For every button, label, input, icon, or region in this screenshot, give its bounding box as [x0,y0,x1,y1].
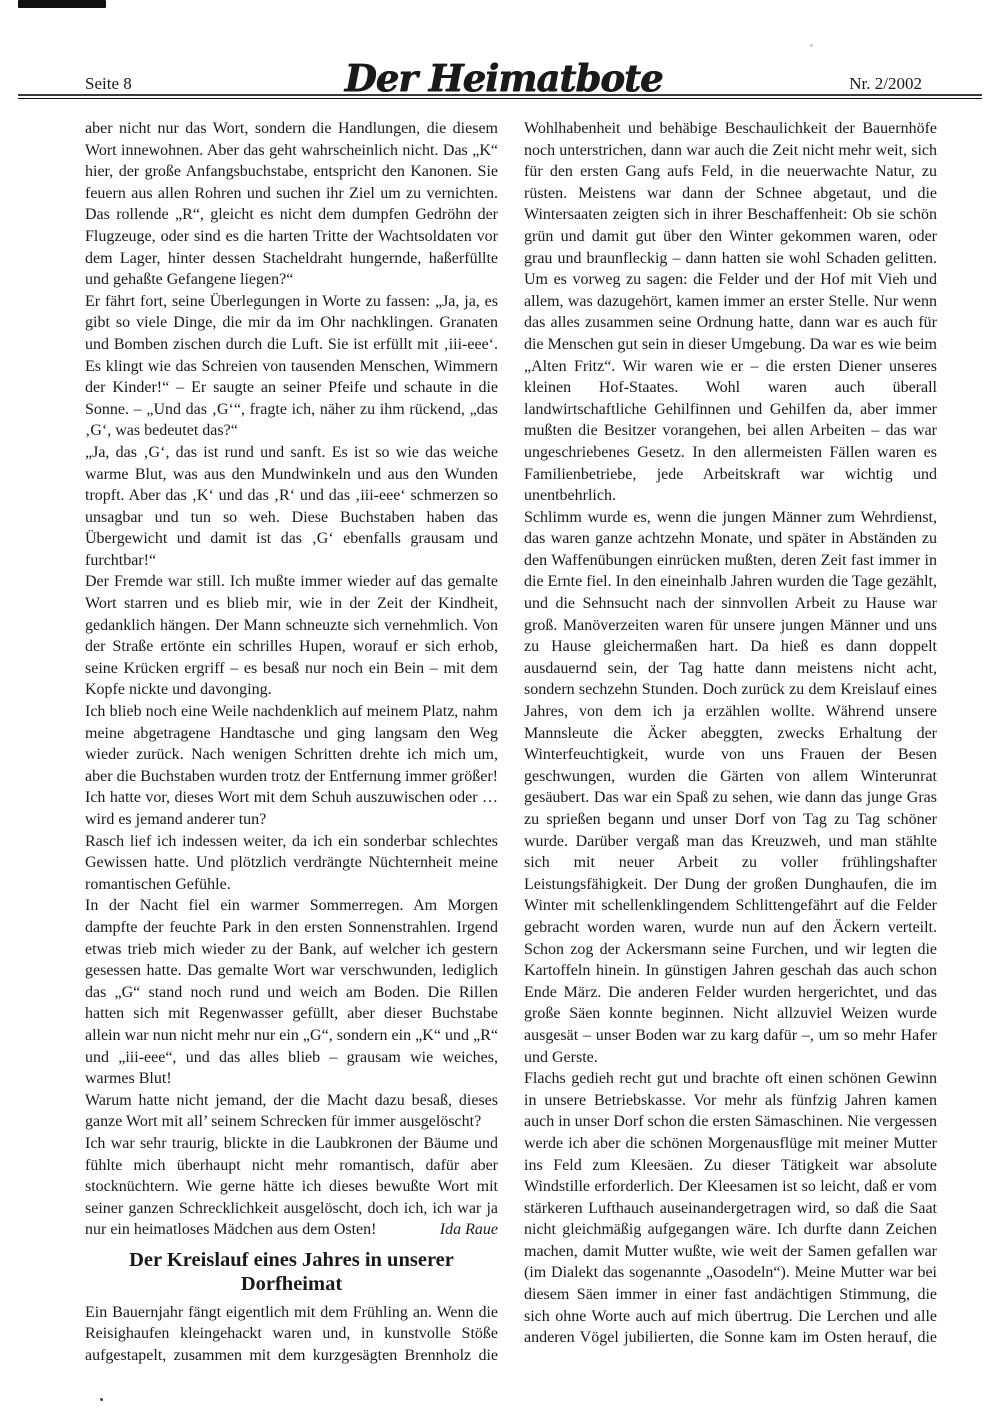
paragraph-with-signature: Ich war sehr traurig, blickte in die Lau… [85,1133,498,1241]
paragraph: Der Fremde war still. Ich mußte immer wi… [85,571,498,701]
page-header: Seite 8 Der Heimatbote Nr. 2/2002 [85,58,922,98]
masthead: Der Heimatbote [85,58,922,98]
paragraph: Warum hatte nicht jemand, der die Macht … [85,1090,498,1133]
article-columns: aber nicht nur das Wort, sondern die Han… [85,118,937,1368]
scan-speck [100,1398,103,1401]
issue-number-label: Nr. 2/2002 [849,74,922,94]
header-divider [18,94,982,99]
paragraph: Ich blieb noch eine Weile nachdenklich a… [85,701,498,831]
paragraph: In der Nacht fiel ein warmer Sommerregen… [85,895,498,1089]
paragraph: Rasch lief ich indessen weiter, da ich e… [85,831,498,896]
author-signature: Ida Raue [440,1219,498,1241]
paragraph: Er fährt fort, seine Überlegungen in Wor… [85,291,498,442]
paragraph: aber nicht nur das Wort, sondern die Han… [85,118,498,291]
paragraph: Schlimm wurde es, wenn die jungen Männer… [524,507,937,1068]
scan-speck [810,44,813,47]
newspaper-page: Seite 8 Der Heimatbote Nr. 2/2002 aber n… [0,0,1000,1412]
scan-artifact-bar [18,0,106,8]
paragraph-text: Ich war sehr traurig, blickte in die Lau… [85,1135,498,1238]
paragraph: „Ja, das ‚G‘, das ist rund und sanft. Es… [85,442,498,572]
article-title: Der Kreislauf eines Jahres in unserer Do… [103,1248,480,1296]
